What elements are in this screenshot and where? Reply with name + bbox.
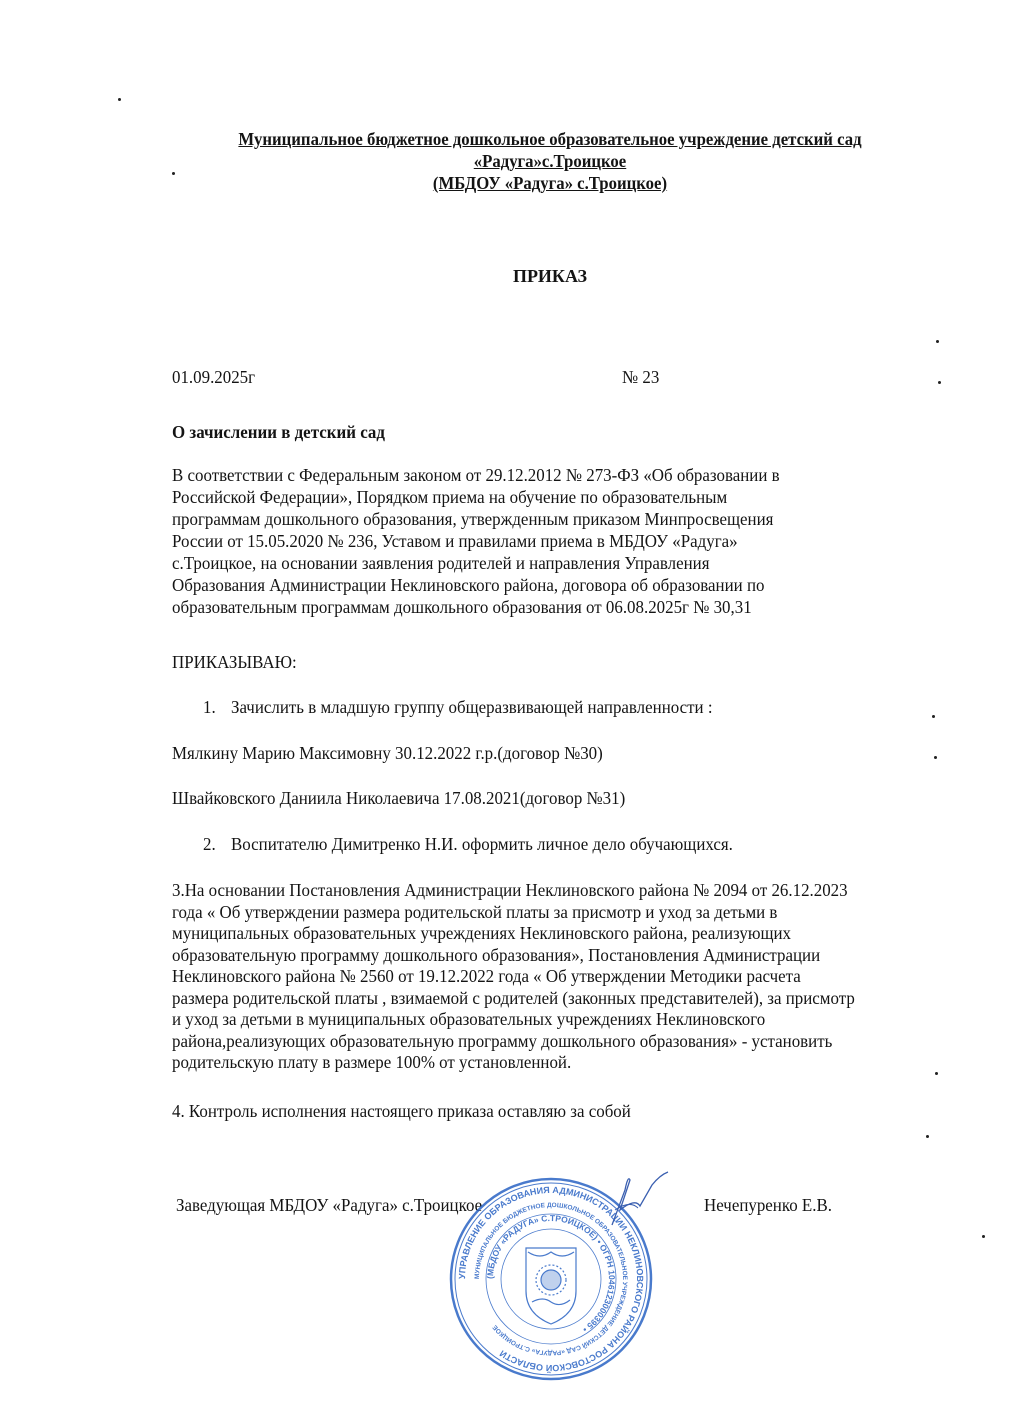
item-3-line: размера родительской платы , взимаемой с… [172,988,886,1010]
order-subject: О зачислении в детский сад [172,421,385,443]
item-3-line: района,реализующих образовательную прогр… [172,1031,886,1053]
order-number: № 23 [622,366,659,388]
item-3-line: родительскую плату в размере 100% от уст… [172,1052,886,1074]
item-3: 3.На основании Постановления Администрац… [172,880,932,1074]
scan-speck [935,1072,938,1075]
org-header-line-1: Муниципальное бюджетное дошкольное образ… [187,128,912,150]
scan-speck [118,98,121,101]
preamble-line: Российской Федерации», Порядком приема н… [172,486,886,508]
preamble: В соответствии с Федеральным законом от … [172,464,932,618]
coat-of-arms-icon [526,1248,576,1324]
scan-speck [936,340,939,343]
child-entry: Мялкину Марию Максимовну 30.12.2022 г.р.… [172,742,603,764]
order-date: 01.09.2025г [172,366,255,388]
child-entry: Швайковского Даниила Николаевича 17.08.2… [172,787,625,809]
item-1-number: 1. [203,696,216,718]
preamble-line: Образования Администрации Неклиновского … [172,574,886,596]
item-3-line: Неклиновского района № 2560 от 19.12.202… [172,966,886,988]
item-3-line: образовательную программу дошкольного об… [172,945,886,967]
preamble-line: программам дошкольного образования, утве… [172,508,886,530]
scan-speck [938,381,941,384]
order-word: ПРИКАЗЫВАЮ: [172,651,297,673]
document-page: Муниципальное бюджетное дошкольное образ… [0,0,1024,1408]
preamble-line: В соответствии с Федеральным законом от … [172,464,886,486]
scan-speck [932,715,935,718]
preamble-line: России от 15.05.2020 № 236, Уставом и пр… [172,530,886,552]
signature-scribble [590,1170,670,1230]
item-2-text: Воспитателю Димитренко Н.И. оформить лич… [231,833,733,855]
item-4-text: 4. Контроль исполнения настоящего приказ… [172,1100,631,1122]
org-header-line-3: (МБДОУ «Радуга» с.Троицкое) [187,172,912,194]
item-3-line: года « Об утверждении размера родительск… [172,902,886,924]
item-1-text: Зачислить в младшую группу общеразвивающ… [231,696,713,718]
item-3-line: муниципальных образовательных учреждения… [172,923,886,945]
item-3-line: 3.На основании Постановления Администрац… [172,880,886,902]
org-header-line-2: «Радуга»с.Троицкое [187,150,912,172]
scan-speck [934,756,937,759]
preamble-line: с.Троицкое, на основании заявления родит… [172,552,886,574]
signature-position: Заведующая МБДОУ «Радуга» с.Троицкое [176,1194,482,1216]
scan-speck [982,1235,985,1238]
scan-speck [926,1135,929,1138]
item-2-number: 2. [203,833,216,855]
item-3-line: и уход за детьми в муниципальных образов… [172,1009,886,1031]
preamble-line: образовательным программам дошкольного о… [172,596,886,618]
signature-name: Нечепуренко Е.В. [704,1194,832,1216]
scan-speck [172,172,175,175]
document-title: ПРИКАЗ [0,266,1024,287]
